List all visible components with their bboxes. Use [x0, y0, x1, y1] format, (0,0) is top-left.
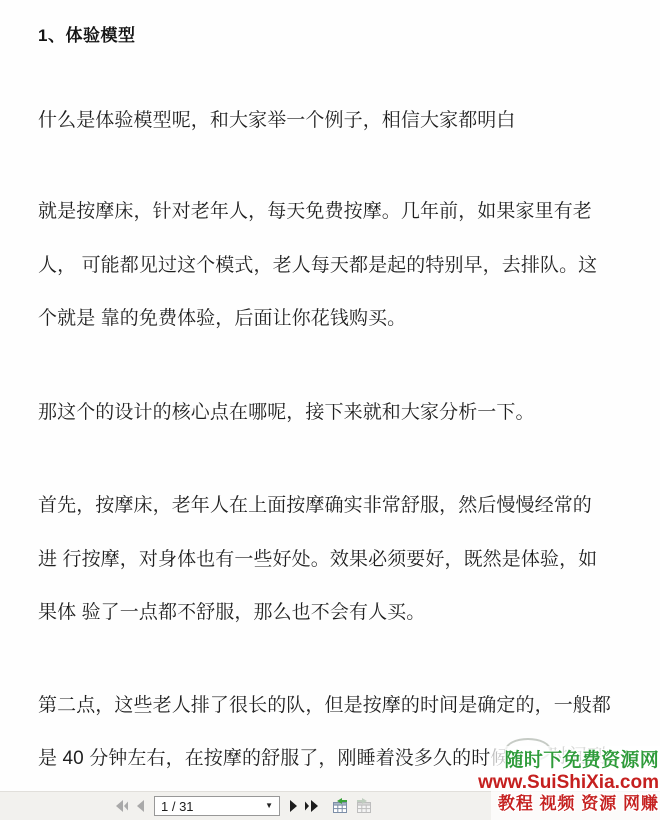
document-viewer: 1、体验模型 什么是体验模型呢，和大家举一个例子，相信大家都明白 就是按摩床，针…	[0, 0, 660, 820]
table-view-back-icon	[331, 797, 349, 815]
paragraph-line: 进 行按摩，对身体也有一些好处。效果必须要好，既然是体验，如	[38, 550, 597, 569]
watermark-site-name: 随时下免费资源网	[505, 751, 659, 770]
dropdown-arrow-icon: ▼	[265, 802, 279, 810]
previous-page-icon	[134, 799, 146, 813]
first-page-button[interactable]	[112, 795, 132, 817]
next-page-icon	[288, 799, 300, 813]
paragraph-line: 首先，按摩床，老年人在上面按摩确实非常舒服，然后慢慢经常的	[38, 496, 592, 515]
watermark: 随时下免费资源网 www.SuiShiXia.com 教程 视频 资源 网赚	[491, 746, 660, 820]
view-forward-button[interactable]	[354, 796, 374, 816]
paragraph-line: 果体 验了一点都不舒服，那么也不会有人买。	[38, 603, 425, 622]
first-page-icon	[114, 799, 130, 813]
watermark-url: www.SuiShiXia.com	[478, 773, 659, 792]
paragraph-line: 第二点，这些老人排了很长的队，但是按摩的时间是确定的，一般都	[38, 696, 611, 715]
previous-page-button[interactable]	[132, 795, 148, 817]
next-page-button[interactable]	[286, 795, 302, 817]
page-indicator: 1 / 31	[155, 799, 265, 814]
last-page-icon	[303, 799, 321, 813]
paragraph-line: 那这个的设计的核心点在哪呢，接下来就和大家分析一下。	[38, 403, 535, 422]
paragraph-line: 什么是体验模型呢，和大家举一个例子，相信大家都明白	[38, 111, 516, 130]
table-view-forward-icon	[355, 797, 373, 815]
document-title: 1、体验模型	[38, 21, 135, 46]
view-back-button[interactable]	[330, 796, 350, 816]
paragraph-line: 就是按摩床，针对老年人，每天免费按摩。几年前，如果家里有老	[38, 202, 592, 221]
paragraph-line: 是 40 分钟左右，在按摩的舒服了，刚睡着没多久的时候	[38, 749, 509, 768]
paragraph-line: 人， 可能都见过这个模式，老人每天都是起的特别早，去排队。这	[38, 256, 597, 275]
last-page-button[interactable]	[302, 795, 322, 817]
paragraph-line: 个就是 靠的免费体验，后面让你花钱购买。	[38, 309, 406, 328]
watermark-tagline: 教程 视频 资源 网赚	[498, 795, 659, 812]
page-number-dropdown[interactable]: 1 / 31 ▼	[154, 796, 280, 816]
